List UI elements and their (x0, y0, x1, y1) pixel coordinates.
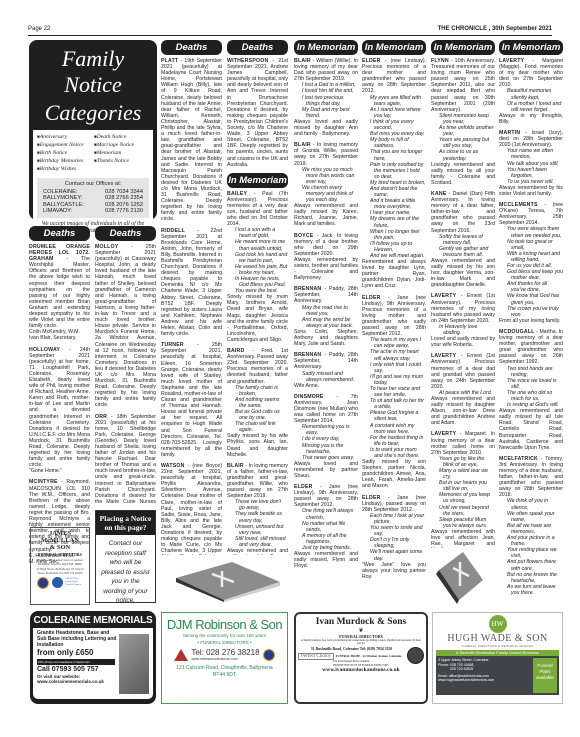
category-item: Birth Notice (37, 149, 92, 157)
notice-poem-line: I loved him till the end, (298, 88, 358, 94)
notice-poem-line: Still loved, still missed and very dear. (231, 536, 288, 548)
notice-poem-line: I lost two precious things that day, (298, 95, 358, 107)
notice-name: LAVERTY (431, 293, 456, 299)
notice-closing: Always remembered and sadly missed by da… (431, 396, 495, 426)
ivan-murdock-ad: Ivan Murdock & Sons ❦ FUNERAL DIRECTORS … (294, 612, 428, 704)
notice-closing: Wife Anne. (294, 383, 358, 389)
notice-name: BOYCE (294, 233, 313, 239)
notice-poem-line: But in our hearts you still live on, (435, 480, 495, 492)
notice-poem-line: The tears in my eyes I can wipe away, (366, 337, 426, 349)
notice-poem-line: For the hardest thing in life to bear, (366, 435, 426, 447)
notice-name: BRENNAN (294, 352, 321, 358)
section-header-deaths: Deaths (161, 40, 222, 55)
notice-name: FLYNN (431, 58, 449, 64)
mcmullan-sub: FUNERAL DIRECTORS (33, 552, 87, 557)
title-line-1: Family Notice (33, 46, 153, 98)
notice-poem-line: No matter what life sends, (298, 521, 358, 533)
selected-badge: SELECTED Independent Funeral Homes (66, 577, 84, 589)
notice-poem-line: Many a silent tear we cry, (435, 468, 495, 480)
notice-text: - Daniel (Dan) Fifth Anniversary. In lov… (431, 191, 495, 234)
notice-poem-line: We cherish every memory and think of you… (298, 185, 358, 203)
notice-closing: Sadly missed by his wife Phyliss, sons A… (227, 433, 288, 457)
perfect-choice-logo: Perfect Choice (298, 653, 334, 660)
notice-poem-line: Of a mother I loved and will never forge… (503, 101, 563, 113)
notice-poem-line: As we turn and leave you there. (503, 584, 563, 596)
notice-poem-line: And nothing seems the same, (231, 397, 288, 409)
notice-closing: From all your loving family. (499, 318, 563, 324)
notice-poem-line: Your name we often mention, (503, 148, 563, 160)
notice-poem-line: Is to want your mum and she's not there. (366, 447, 426, 459)
notice-entry: LAVERTY - Margaret. In loving memory of … (431, 431, 495, 548)
category-item: Anniversary (37, 133, 92, 141)
notice-poem-line: Years go by like the blink of an eye, (435, 456, 495, 468)
notice-name: WATSON (161, 463, 185, 469)
notice-entry: MCELFATRICK - Tommy, 3rd Anniversary. In… (499, 456, 563, 596)
notice-poem-line: Sleep peaceful Mum you're always ours. (435, 517, 495, 529)
notice-text: - 24th September 2021 (peacefully) at he… (29, 347, 90, 469)
notice-poem-line: That never goes away. (298, 455, 358, 461)
notice-poem-line: A constant wish my mum was here, (366, 423, 426, 435)
notice-poem-line: No task too great or small, (503, 239, 563, 251)
notice-entry: PLATT - 19th September 2021 (peacefully)… (161, 58, 222, 223)
nafd-logo-icon (52, 577, 63, 588)
notice-text: - Fred. 1st Anniversary. Passed away 23r… (227, 348, 288, 384)
section-header-memoriam: In Memoriam (362, 40, 426, 55)
notice-poem-line: We think of you in silence, (503, 498, 563, 510)
notice-name: MCELFATRICK (499, 456, 538, 462)
office-row: LIMAVADY:028 7776 2130 (43, 208, 143, 215)
section-header-memoriam: In Memoriam (227, 173, 288, 188)
notice-name: RIDDELL (161, 228, 185, 234)
notice-name: WITHERSPOON (227, 58, 268, 64)
notice-name: MOLLOY (95, 244, 118, 250)
memoriam-column-8: In MemoriamLAVERTY - Margaret (Maggie). … (499, 40, 563, 605)
notice-text: - Paul (7th Anniversary). Precious memor… (227, 191, 288, 227)
notice-text: - Jane (nee Lindsay), 9th Anniversary. P… (362, 295, 426, 338)
notice-entry: ELDER - Jane (nee Lindsay), 9th Annivers… (294, 484, 358, 569)
notice-name: LAVERTY (431, 431, 456, 437)
notice-poem-line: My body is full of sadness, (366, 137, 426, 149)
notice-entry: BAILEY - Paul (7th Anniversary). Preciou… (227, 191, 288, 343)
djm-robinson-ad: DJM Robinson & Son Serving the community… (161, 612, 288, 704)
notice-poem-line: Beautiful memories silently kept, (503, 88, 563, 100)
notice-name: PLATT (161, 58, 178, 64)
page-number: Page 22 (28, 26, 50, 35)
notice-name: MCINTYRE (29, 479, 58, 485)
notice-entry: BLAIR - In loving memory of Granda Willi… (294, 142, 358, 227)
djm-sub: • FUNERAL DIRECTORS • (162, 639, 287, 646)
mcmullan-title: JAMES McMULLAN (33, 530, 87, 544)
notice-entry: DINSMORE - 7th Anniversary. Jean Dinsmor… (294, 394, 358, 479)
mcmullan-text: Under personal supervision of Andrew McM… (33, 559, 87, 566)
notice-closing: Always remembered with love and affectio… (431, 529, 495, 548)
category-item: Thanks Notice (94, 157, 149, 165)
notice-poem-line: The chain will link again. (231, 421, 288, 433)
notice-poem-line: Silent memories keep you near, (435, 113, 495, 125)
wade-title: HUGH WADE & SON (433, 633, 562, 644)
notice-closing: Sadly missed by son Stephen, partner Nic… (362, 459, 426, 489)
notice-closing: Always remembered and sadly missed by al… (499, 408, 563, 451)
page-header: Page 22 THE CHRONICLE , 30th September 2… (28, 26, 552, 36)
notice-entry: ORR - 18th September 2021 (peacefully) a… (95, 414, 156, 505)
category-item: Marriage Notice (94, 141, 149, 149)
mcmullan-title-2: & SON (33, 544, 87, 551)
murdock-title: Ivan Murdock & Sons (298, 616, 424, 628)
notice-entry: WATSON - (nee Boyce) 22nd September 2021… (161, 463, 222, 555)
notice-poem-line: We miss you so much more than words can … (298, 167, 358, 185)
deaths-column-2: DeathsMOLLOY - 25th September 2021 (peac… (95, 226, 156, 505)
notice-entry: BRENNAN - Paddy, 28th September, 14th An… (294, 286, 358, 347)
notice-entry: KANE - Daniel (Dan) Fifth Anniversary. I… (431, 191, 495, 289)
notice-poem-line: Sadly missed and always remembered. (298, 371, 358, 383)
notice-poem-line: Gently we gather and treasure them all. (435, 246, 495, 258)
notice-entry: LAVERTY - Margaret (Maggie). Fond memori… (499, 58, 563, 125)
notice-entry: BOYCE - Jack. In loving memory of a dear… (294, 233, 358, 282)
notice-name: TURNER (161, 342, 184, 348)
notice-entry: FLYNN - 10th Anniversary. Treasured memo… (431, 58, 495, 186)
notice-name: KANE (431, 191, 447, 197)
notice-poem-line: I lost a son with a heart of gold, (231, 227, 288, 239)
notice-name: ELDER (362, 58, 381, 64)
notice-entry: BLAIR - William (Willie). In loving memo… (294, 58, 358, 137)
memoriam-column-6: In MemoriamELDER - (nee Lindsay). Precio… (362, 40, 426, 605)
placing-body: Contact our reception staff who will be … (96, 535, 155, 610)
notice-poem-line: Each time I look at your picture, (366, 513, 426, 525)
notice-name: HOLLOWAY (29, 347, 60, 353)
notice-entry: RIDDELL - 22nd September 2021 at Brookla… (161, 228, 222, 338)
notice-name: ELDER (294, 484, 313, 490)
notice-poem-line: Pain is only soothed by the memories I h… (366, 162, 426, 180)
notice-poem-line: I'll follow you up to Heaven, (366, 241, 426, 253)
notice-text: - Tommy, 3rd Anniversary. In loving memo… (499, 456, 563, 499)
notice-text: - Martha. In loving memory of a dear mot… (499, 329, 563, 365)
murdock-url[interactable]: www.ivanmurdockandsons.co.uk (298, 667, 424, 674)
placing-notice-box: Placing a Notice on this page? Contact o… (95, 510, 156, 603)
notice-closing: Always remembered and sadly missed by Ka… (294, 203, 358, 227)
murdock-text: A family business free from all multinat… (298, 639, 424, 646)
category-item: Death Notice (94, 133, 149, 141)
notice-closing: Remembered and always loved by daughter … (362, 259, 426, 289)
notice-entry: LAVERTY - Ernest (1st Anniversary). Prec… (431, 353, 495, 426)
notice-poem-line: My dreams are of the future, (366, 216, 426, 228)
bible-icon (433, 550, 485, 606)
category-list: Anniversary Death Notice Engagement Noti… (33, 130, 153, 176)
notice-poem-line: Until we meet beyond the stars, (435, 505, 495, 517)
notice-text: - (nee Boyce) 22nd September 2021, peace… (161, 463, 222, 555)
notice-poem-line: And may the wind be always at your back. (298, 317, 358, 329)
wade-url[interactable]: www.hughwadefuneraldirectors.com (438, 678, 533, 683)
headstone-image (119, 634, 149, 694)
murdock-plan: Pre Paid Funeral Plans available (298, 660, 405, 663)
notice-closing: Loved and sadly missed by your wife Robe… (431, 336, 495, 348)
notice-name: ELDER (362, 495, 381, 501)
notice-entry: ELDER - Jane (nee Lindsay), passed away … (362, 495, 426, 580)
notice-poem-line: You haven't been forgotten, (503, 167, 563, 179)
notice-text: - 22nd September 2021 at Brooklands Care… (161, 228, 222, 338)
notice-poem-line: And doesn't beat the same, (366, 186, 426, 198)
notice-entry: TURNER - 25th September 2021, peacefully… (161, 342, 222, 458)
notice-poem-line: I'll go and see my mum today, (366, 374, 426, 386)
notice-name: ELDER (362, 295, 381, 301)
notice-poem-line: The voice we loved is still, (503, 378, 563, 390)
djm-address: 121 Culcrum Road, Cloughmills, Ballymena… (162, 665, 287, 678)
funeral-plans-badge: Funeral Plans available (533, 658, 557, 693)
notice-poem-line: You seem to smile and say, (366, 525, 426, 537)
notice-poem-line: The crown you've truly won. (503, 306, 563, 318)
notice-poem-line: With a loving heart and willing hand, (503, 251, 563, 263)
notice-poem-line: That you are no longer here, (366, 149, 426, 161)
coleraine-memorials-ad: COLERAINE MEMORIALS Granite Headstones, … (30, 611, 156, 704)
notice-poem-line: One thing we'll always cherish, (298, 508, 358, 520)
notice-poem-line: He meant more to me than wealth untold, (231, 239, 288, 251)
section-header-memoriam: In Memoriam (499, 40, 563, 55)
notice-text: - In loving memory of a father, father-i… (227, 463, 288, 499)
notice-name: BAIRD (227, 348, 244, 354)
notice-closing: Sons Colin, Stephen, Anthony and daughte… (294, 329, 358, 347)
section-header-memoriam: In Memoriam (431, 40, 495, 55)
notice-poem-line: But no one knows the heartache, (503, 572, 563, 584)
notice-name: BAILEY (227, 191, 247, 197)
crest-icon (263, 649, 275, 661)
djm-tel: Tel: 028 276 38218 (191, 648, 259, 657)
contact-title: Contact our Offices at: (43, 181, 143, 188)
notice-text: - 19th September 2021 (peacefully) at Ma… (161, 58, 222, 222)
category-item: Birthday Wishes (37, 165, 92, 173)
notice-name: LAVERTY (431, 353, 456, 359)
notice-poem-line: My eyes are filled with tears again, (366, 95, 426, 107)
notice-poem-line: Years are passing but still you stay, (435, 137, 495, 149)
notice-poem-line: And it breaks a little more everytime, (366, 198, 426, 210)
notice-closing: Always remembered and sadly missed, Flyn… (294, 551, 358, 569)
notice-poem-line: As time unfolds another year, (435, 125, 495, 137)
murdock-address: 31 Bushmills Road, Coleraine Tel: (028) … (298, 647, 405, 651)
notice-entry: LAVERTY - Ernest (1st Anniversary). Prec… (431, 293, 495, 348)
notice-poem-line: He eased his pain, But broke my heart, (231, 264, 288, 276)
memoriam-column-7: In MemoriamFLYNN - 10th Anniversary. Tre… (431, 40, 495, 548)
notice-entry: MARTIN - Israel (Issy), died on 28th Sep… (499, 130, 563, 197)
section-header-memoriam: In Memoriam (294, 40, 358, 55)
notice-entry: BLAIR - In loving memory of a father, fa… (227, 463, 288, 555)
notice-poem-line: God bless and keep you mother dear, (503, 269, 563, 281)
notice-poem-line: We often speak your name, (503, 511, 563, 523)
notice-poem-line: And thanks for all you've done, (503, 281, 563, 293)
notice-closing: Always loved and sadly missed by daughte… (294, 119, 358, 137)
notice-poem-line: God took his hand and we had to part, (231, 252, 288, 264)
notice-poem-line: We know that God has given you, (503, 293, 563, 305)
notice-entry: MOLLOY - 25th September 2021 (peacefully… (95, 244, 156, 409)
notice-closing: Always loved and remembered by partner S… (294, 461, 358, 479)
notice-poem-line: Please God forgive a silent tear, (366, 410, 426, 422)
notice-name: MARTIN (499, 130, 520, 136)
notice-poem-line: And put flowers there with care, (503, 559, 563, 571)
notice-poem-line: Two tired hands are resting, (503, 366, 563, 378)
notice-poem-line: The one who did so much for us, (503, 390, 563, 402)
notice-poem-line: We'll meet again some day. (366, 549, 426, 561)
family-notice-categories: Family Notice Categories Anniversary Dea… (29, 40, 157, 220)
notice-poem-line: But all we have are memories, (503, 523, 563, 535)
notice-poem-line: I only wish that I could say, (366, 362, 426, 374)
notice-text: - The Worshipful Master, Officers and Br… (29, 256, 90, 329)
notice-text: - 18th September 2021 (peacefully) at hi… (95, 414, 156, 505)
notice-closing: Always remembered by sisters, brother an… (294, 257, 358, 281)
notice-poem-line: Don't cry I'm only sleeping, (366, 537, 426, 549)
bible-icon (172, 560, 284, 602)
notice-signature: "Gone Home." (29, 468, 90, 474)
notice-text: - 21st September 2021, Andrew James Camp… (227, 58, 288, 168)
category-item: Memoriam (94, 149, 149, 157)
djm-title: DJM Robinson & Son (162, 616, 287, 633)
notice-poem-line: The family chain is broken, (231, 385, 288, 397)
paper-title: THE CHRONICLE , 30th September 2021 (438, 26, 552, 35)
notice-poem-line: You were always there when we needed you… (503, 226, 563, 238)
notice-poem-line: And your picture in a frame. (503, 535, 563, 547)
notice-poem-line: I think of you every second, (366, 119, 426, 131)
notice-poem-line: To sit and talk to her for a while, (366, 398, 426, 410)
coleraine-line1: Granite Headstones, Base and Sub Base in… (37, 631, 119, 648)
deaths-memoriam-column-4: DeathsWITHERSPOON - 21st September 2021,… (227, 40, 288, 555)
notice-poem-line: As I stand here where you lay, (366, 107, 426, 119)
category-item: Engagement Notice (37, 141, 92, 149)
notice-poem-line: They walk beside us every day, (231, 511, 288, 523)
notice-poem-line: Unseen, unheard but very near, (231, 524, 288, 536)
notice-closing: Always in my thoughts, Billy. (499, 113, 563, 125)
notice-poem-line: Softly the leaves of memory fall, (435, 234, 495, 246)
notice-entry: BRENNAN - Paddy, 28th September, 14th An… (294, 352, 358, 389)
murdock-home: FUNERAL HOME - 2a Windsor Avenue, Colera… (336, 655, 402, 659)
notice-text: - (nee Lindsay). Precious memories of a … (362, 58, 426, 94)
notice-name: DINSMORE (294, 394, 324, 400)
notice-poem-line: But as God calls us one by one, (231, 409, 288, 421)
notice-entry: ELDER - Jane (nee Lindsay), 9th Annivers… (362, 295, 426, 490)
notice-poem-line: The ache in my heart will always stay, (366, 349, 426, 361)
notice-entry: MCCLEMENTS - (nee O'Kane) Teresa, 7th An… (499, 202, 563, 324)
notice-entry: DRUMLEE ORANGE HEROES LOL 1072. GRAHAM -… (29, 244, 90, 342)
notice-text: - Ernest (1st Anniversary). Precious mem… (431, 353, 495, 389)
section-header-deaths: Deaths (95, 226, 156, 241)
notice-text: - 25th September 2021, peacefully at hos… (161, 342, 222, 458)
notice-name: BLAIR (294, 142, 311, 148)
notice-poem-line: Missing you is the heartache, (298, 443, 358, 455)
notice-poem-line: To hear her voice and see her smile, (366, 386, 426, 398)
notice-name: BLAIR (227, 463, 244, 469)
notice-text: - 25th September 2021 (peacefully) at Ca… (95, 244, 156, 408)
notice-closing: "Wee Jane" love you always your loving p… (362, 562, 426, 580)
hugh-wade-ad: HW HUGH WADE & SON FUNERAL DIRECTORS & M… (432, 612, 563, 704)
notice-poem-line: We talk about you still, (503, 161, 563, 167)
notice-closing: Always remembered by his sister Violet a… (499, 185, 563, 197)
notice-closing: Always remembered and sadly missed by To… (227, 548, 288, 555)
office-phone: 028 7776 2130 (105, 208, 143, 215)
notice-poem-line: In Heaven he rests, God Bless you Paul, (231, 276, 288, 288)
notice-name: BRENNAN (294, 286, 321, 292)
notice-name: LAVERTY (499, 58, 524, 64)
mcmullan-ad: JAMES McMULLAN & SON FUNERAL DIRECTORS U… (30, 527, 90, 605)
wade-phone-2: 028 703 52825 (438, 667, 533, 672)
wade-sub: FUNERAL DIRECTORS & MEMORIAL MASONS (433, 644, 562, 648)
memoriam-column-5: In MemoriamBLAIR - William (Willie). In … (294, 40, 358, 605)
notice-entry: WITHERSPOON - 21st September 2021, Andre… (227, 58, 288, 168)
notice-entry: MCDOUGALL - Martha. In loving memory of … (499, 329, 563, 451)
notice-poem-line: Your resting place we visit, (503, 547, 563, 559)
notice-poem-line: As close to us as yesterday. (435, 149, 495, 161)
notice-poem-line: A memory of all the happiness, (298, 533, 358, 545)
notice-poem-line: When I no longer feel this pain, (366, 229, 426, 241)
notice-name: ORR (95, 414, 107, 420)
notice-signature: Ivan Blair, Secretary. (29, 335, 90, 341)
category-item: Birthday Memories (37, 157, 92, 165)
djm-url[interactable]: www.robinsonsofculcrum.com (191, 657, 259, 661)
office-name: LIMAVADY: (43, 208, 72, 215)
deaths-column-3: DeathsPLATT - 19th September 2021 (peace… (161, 40, 222, 555)
notice-poem-line: Memories of you keep us strong, (435, 492, 495, 504)
notice-poem-line: Those we love don't go away, (231, 499, 288, 511)
notice-closing: Lovingly remembered and sadly missed by … (431, 162, 495, 186)
notice-name: MCDOUGALL (499, 329, 535, 335)
section-header-deaths: Deaths (227, 40, 288, 55)
hw-logo-icon: HW (489, 615, 507, 633)
mcmullan-address: 22 High Street, Ballymoney 18 Church Str… (33, 568, 87, 575)
coleraine-title: COLERAINE MEMORIALS (33, 614, 153, 628)
notice-entry: ELDER - (nee Lindsay). Precious memories… (362, 58, 426, 290)
notice-text: - 10th Anniversary. Treasured memories o… (431, 58, 495, 113)
title-line-2: Categories (33, 100, 153, 126)
notice-poem-line: My Dad and my best friend. (298, 107, 358, 119)
notice-closing: Always remembered and sadly missed by hi… (431, 258, 495, 288)
section-header-deaths: Deaths (29, 226, 90, 241)
notice-poem-line: May the road rise to meet you, (298, 305, 358, 317)
crest-icon (407, 647, 424, 664)
notice-entry: BAIRD - Fred. 1st Anniversary. Passed aw… (227, 348, 288, 458)
notice-poem-line: Remembering you is easy, (298, 424, 358, 436)
notice-closing: Sorely missed by mum Mary, brothers Arno… (227, 294, 288, 343)
notice-name: BLAIR (294, 58, 311, 64)
notice-name: MCCLEMENTS (499, 202, 538, 208)
notice-entry: HOLLOWAY - 24th September 2021 (peaceful… (29, 347, 90, 475)
masonic-logo-icon (37, 577, 49, 589)
placing-title: Placing a Notice on this page? (96, 511, 155, 535)
nafd-triangle-icon (174, 649, 188, 661)
notice-poem-line: In Heavenly love abiding. (435, 324, 495, 336)
